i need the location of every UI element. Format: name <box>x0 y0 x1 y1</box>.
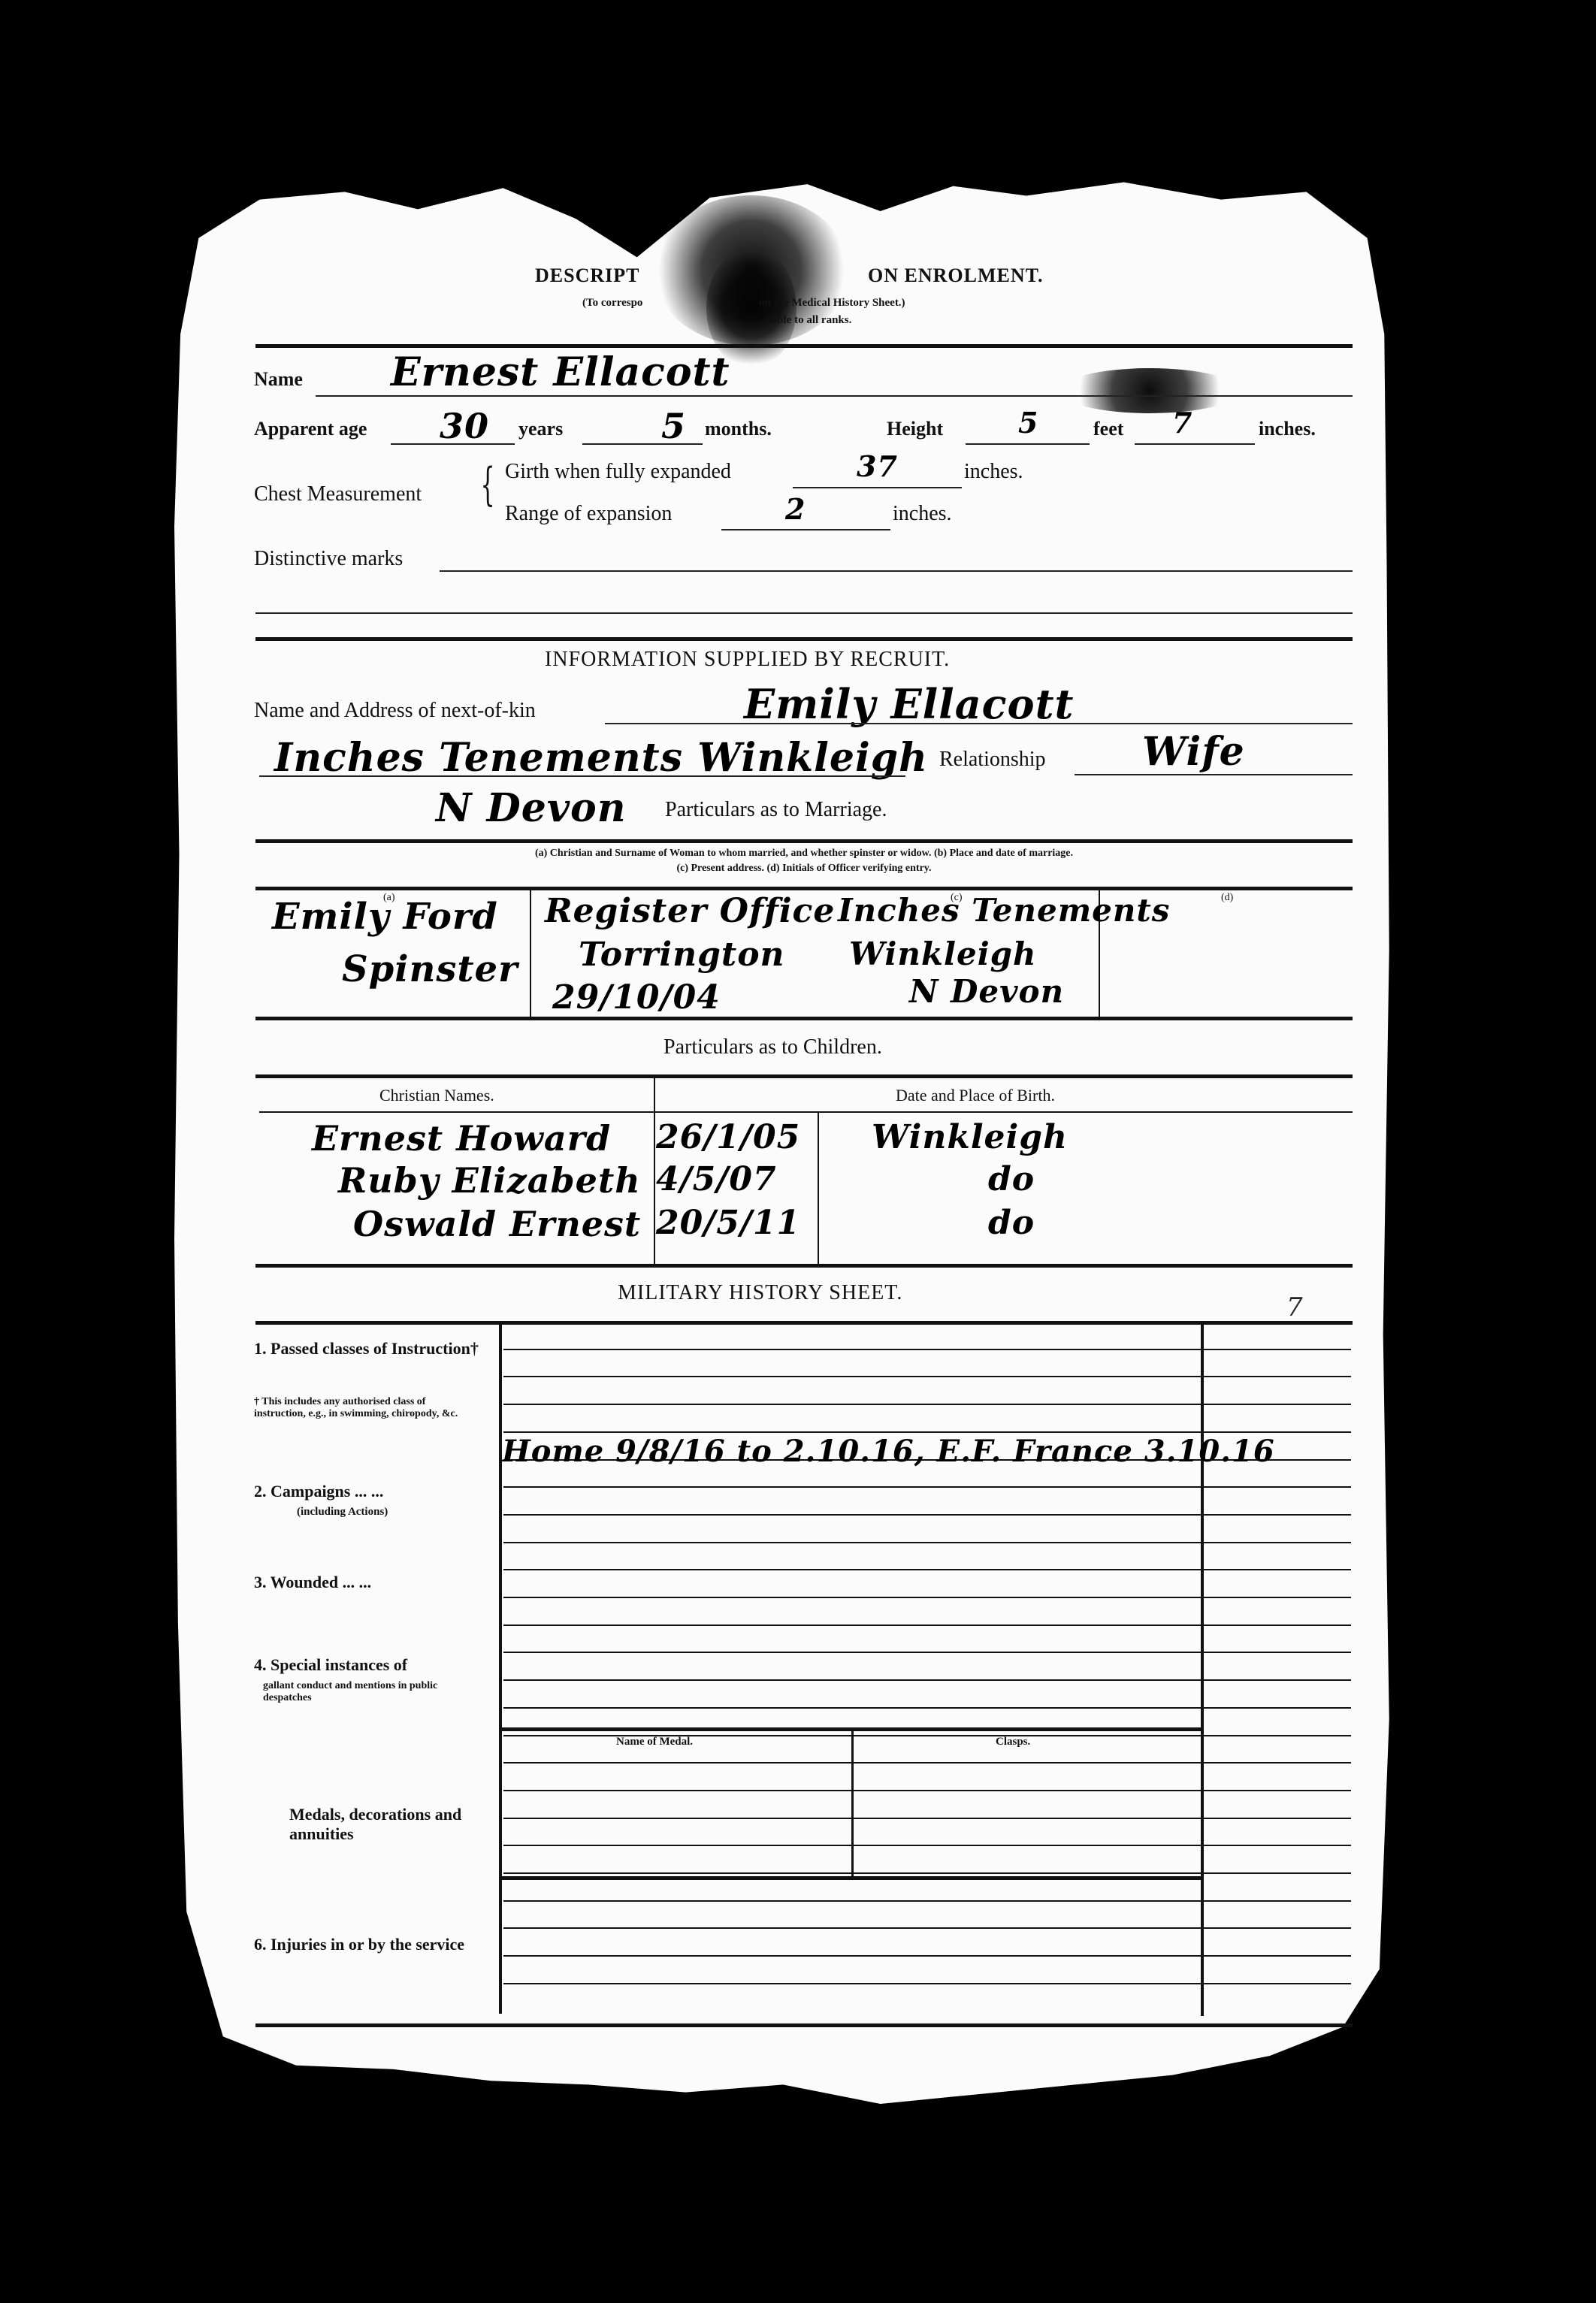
marriage-col-d-marker: (d) <box>1221 892 1233 904</box>
section-2-note: (including Actions) <box>297 1506 388 1519</box>
height-feet-value: 5 <box>1018 406 1038 440</box>
ruled-line <box>503 1679 1351 1681</box>
marriage-col-b-line3: 29/10/04 <box>552 978 721 1017</box>
document-title-left: DESCRIPT <box>535 264 639 287</box>
marriage-table-top <box>255 887 1353 890</box>
children-header-rule <box>259 1111 1353 1113</box>
section-3-num: 3. <box>254 1573 267 1591</box>
ruled-line <box>503 1569 1351 1570</box>
section-1-label: 1. Passed classes of Instruction† <box>254 1339 479 1359</box>
section-6-label: 6. Injuries in or by the service <box>254 1935 479 1954</box>
marriage-col-a-line2: Spinster <box>342 948 518 990</box>
range-line <box>721 529 890 530</box>
ruled-line <box>503 1376 1351 1377</box>
section-1-text: Passed classes of Instruction† <box>271 1339 479 1358</box>
distinctive-marks-line-2 <box>255 612 1353 614</box>
ruled-line <box>503 1597 1351 1598</box>
name-label: Name <box>254 368 303 391</box>
document-subtitle-right: on the Medical History Sheet.) <box>759 297 905 310</box>
marriage-note-line2: (c) Present address. (d) Initials of Off… <box>255 863 1353 875</box>
children-col-birth-header: Date and Place of Birth. <box>896 1086 1055 1105</box>
children-table-top <box>255 1074 1353 1078</box>
age-years-value: 30 <box>440 406 489 446</box>
years-label: years <box>518 418 563 440</box>
marriage-col-a-line1: Emily Ford <box>272 896 498 938</box>
next-of-kin-name: Emily Ellacott <box>744 680 1074 728</box>
marriage-heading: Particulars as to Marriage. <box>665 798 887 822</box>
clasps-col-header: Clasps. <box>996 1736 1030 1748</box>
child-birth-place: Winkleigh <box>872 1118 1068 1156</box>
marriage-col-b-line2: Torrington <box>579 935 785 974</box>
section-5-text: Medals, decorations and annuities <box>289 1805 461 1843</box>
header-rule <box>255 344 1353 348</box>
age-months-value: 5 <box>661 406 686 446</box>
height-inches-value: 7 <box>1172 406 1192 440</box>
military-table-top <box>255 1321 1353 1325</box>
campaign-entry: Home 9/8/16 to 2.10.16, E.F. France 3.10… <box>502 1434 1275 1469</box>
marriage-col-c-line3: N Devon <box>909 973 1064 1010</box>
ruled-line <box>503 1762 1351 1764</box>
chest-label: Chest Measurement <box>254 482 422 506</box>
height-label: Height <box>887 418 943 440</box>
section-1-note: † This includes any authorised class of … <box>254 1396 479 1420</box>
section-2-num: 2. <box>254 1482 267 1501</box>
military-table-bottom <box>255 2023 1353 2027</box>
document-title-right: ON ENROLMENT. <box>868 264 1044 287</box>
girth-line <box>793 487 962 488</box>
children-col-divider-1 <box>654 1077 655 1265</box>
age-years-line <box>391 443 515 445</box>
chest-brace: { <box>481 462 495 507</box>
months-label: months. <box>705 418 772 440</box>
ruled-line <box>503 1955 1351 1957</box>
range-value: 2 <box>785 492 806 526</box>
range-unit: inches. <box>893 502 952 526</box>
address-line <box>259 775 905 777</box>
apparent-age-label: Apparent age <box>254 418 367 440</box>
feet-label: feet <box>1093 418 1123 440</box>
marriage-col-c-line2: Winkleigh <box>849 935 1037 972</box>
name-value: Ernest Ellacott <box>391 349 730 395</box>
girth-label: Girth when fully expanded <box>505 460 731 484</box>
ruled-line <box>503 1872 1351 1874</box>
section-2-text: Campaigns ... ... <box>271 1482 383 1501</box>
ink-stain-name-line <box>1059 368 1240 413</box>
military-col-divider-left <box>499 1322 502 2014</box>
section-rule-recruit <box>255 637 1353 641</box>
ruled-line <box>503 1927 1351 1929</box>
next-of-kin-line <box>605 723 1353 724</box>
range-label: Range of expansion <box>505 502 672 526</box>
children-col-names-header: Christian Names. <box>379 1086 494 1105</box>
section-1-num: 1. <box>254 1339 267 1358</box>
distinctive-marks-label: Distinctive marks <box>254 547 403 571</box>
section-6-text: Injuries in or by the service <box>271 1935 464 1954</box>
children-col-divider-2 <box>818 1112 819 1265</box>
document-subtitle-left: (To correspo <box>582 297 642 310</box>
section-4-num: 4. <box>254 1655 267 1674</box>
height-feet-line <box>966 443 1090 445</box>
next-of-kin-address-line2: N Devon <box>436 785 627 831</box>
child-name: Oswald Ernest <box>353 1204 641 1244</box>
distinctive-marks-line <box>440 570 1353 572</box>
medal-col-divider <box>851 1730 854 1876</box>
section-3-label: 3. Wounded ... ... <box>254 1573 371 1592</box>
child-birth-date: 26/1/05 <box>656 1118 800 1156</box>
relationship-line <box>1075 774 1353 775</box>
children-heading: Particulars as to Children. <box>663 1035 882 1059</box>
next-of-kin-address-line1: Inches Tenements Winkleigh <box>274 735 928 781</box>
name-line <box>316 395 1353 397</box>
ruled-line <box>503 1845 1351 1846</box>
ruled-line <box>503 1790 1351 1791</box>
section-3-text: Wounded ... ... <box>271 1573 372 1591</box>
ruled-line <box>503 1431 1351 1433</box>
marriage-rule-top <box>255 839 1353 843</box>
medal-col-header: Name of Medal. <box>616 1736 693 1748</box>
section-4-note: gallant conduct and mentions in public d… <box>263 1680 481 1704</box>
relationship-value: Wife <box>1142 729 1245 775</box>
child-birth-place: do <box>988 1204 1035 1242</box>
ruled-line <box>503 1652 1351 1653</box>
margin-annotation: 7 <box>1286 1292 1303 1322</box>
ruled-line <box>503 1707 1351 1709</box>
ruled-line <box>503 1624 1351 1626</box>
girth-value: 37 <box>857 449 898 483</box>
relationship-label: Relationship <box>939 748 1046 772</box>
marriage-table-bottom <box>255 1017 1353 1020</box>
ruled-line <box>503 1542 1351 1543</box>
child-birth-place: do <box>988 1160 1035 1198</box>
age-months-line <box>582 443 703 445</box>
next-of-kin-label: Name and Address of next-of-kin <box>254 699 536 723</box>
marriage-col-b-line1: Register Office <box>545 892 835 930</box>
military-heading: MILITARY HISTORY SHEET. <box>618 1281 902 1305</box>
children-table-bottom <box>255 1264 1353 1268</box>
military-col-divider-right <box>1201 1325 1204 2016</box>
section-4-label: 4. Special instances of <box>254 1655 407 1675</box>
girth-unit: inches. <box>964 460 1023 484</box>
ruled-line <box>503 1486 1351 1488</box>
marriage-note-line1: (a) Christian and Surname of Woman to wh… <box>255 848 1353 860</box>
medal-table-bottom <box>502 1876 1201 1880</box>
inches-label: inches. <box>1259 418 1316 440</box>
ruled-line <box>503 1818 1351 1819</box>
section-6-num: 6. <box>254 1935 267 1954</box>
height-inches-line <box>1135 443 1255 445</box>
document-subtitle-line2: cable to all ranks. <box>766 314 851 327</box>
ruled-line <box>503 1900 1351 1902</box>
child-birth-date: 4/5/07 <box>656 1160 777 1198</box>
child-name: Ernest Howard <box>312 1118 611 1159</box>
ruled-line <box>503 1983 1351 1984</box>
section-4-text: Special instances of <box>271 1655 407 1674</box>
marriage-col-divider-1 <box>530 889 531 1018</box>
marriage-col-c-line1: Inches Tenements <box>838 892 1170 929</box>
recruit-info-heading: INFORMATION SUPPLIED BY RECRUIT. <box>545 648 950 672</box>
ruled-line <box>503 1404 1351 1405</box>
child-name: Ruby Elizabeth <box>338 1160 641 1201</box>
ruled-line <box>503 1349 1351 1350</box>
ruled-line <box>503 1514 1351 1516</box>
section-5-label: Medals, decorations and annuities <box>289 1805 477 1844</box>
child-birth-date: 20/5/11 <box>656 1204 800 1242</box>
section-2-label: 2. Campaigns ... ... <box>254 1482 383 1501</box>
